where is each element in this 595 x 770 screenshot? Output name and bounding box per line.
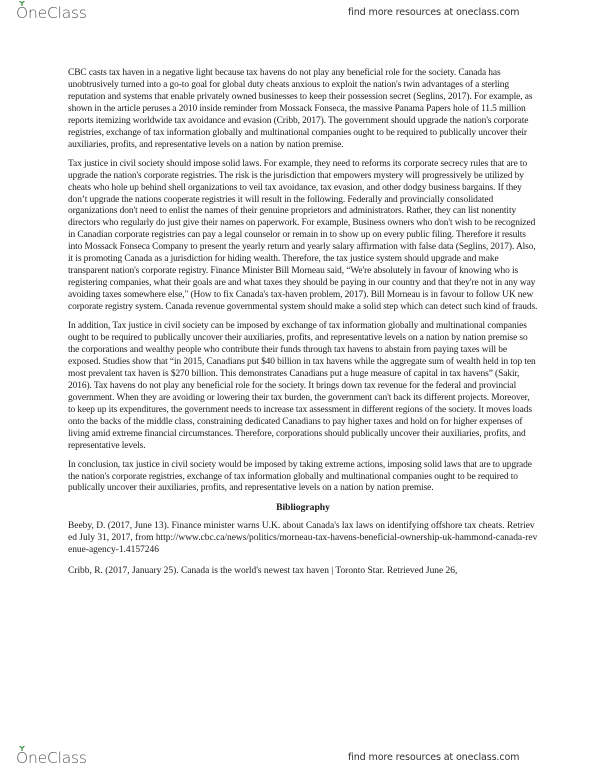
logo-text: OneClass (16, 749, 87, 767)
header-bar: OneClass find more resources at oneclass… (0, 0, 595, 30)
oneclass-logo[interactable]: OneClass (16, 4, 87, 22)
reference-text: Cribb, R. (2017, January 25). Canada is … (68, 566, 457, 576)
reference-entry: Beeby, D. (2017, June 13). Finance minis… (68, 521, 538, 557)
bibliography-heading: Bibliography (68, 502, 538, 513)
header-tagline-link[interactable]: find more resources at oneclass.com (348, 7, 519, 18)
footer-bar: OneClass find more resources at oneclass… (0, 745, 595, 770)
paragraph-solid-laws: Tax justice in civil society should impo… (68, 159, 538, 314)
oneclass-logo[interactable]: OneClass (16, 749, 87, 767)
reference-entry: Cribb, R. (2017, January 25). Canada is … (68, 566, 538, 578)
document-page: CBC casts tax haven in a negative light … (68, 68, 538, 587)
paragraph-conclusion: In conclusion, tax justice in civil soci… (68, 460, 538, 496)
leaf-icon (19, 746, 25, 751)
footer-tagline-link[interactable]: find more resources at oneclass.com (348, 752, 519, 763)
leaf-icon (19, 1, 25, 6)
paragraph-intro: CBC casts tax haven in a negative light … (68, 68, 538, 152)
logo-text: OneClass (16, 4, 87, 22)
paragraph-exchange-info: In addition, Tax justice in civil societ… (68, 321, 538, 452)
